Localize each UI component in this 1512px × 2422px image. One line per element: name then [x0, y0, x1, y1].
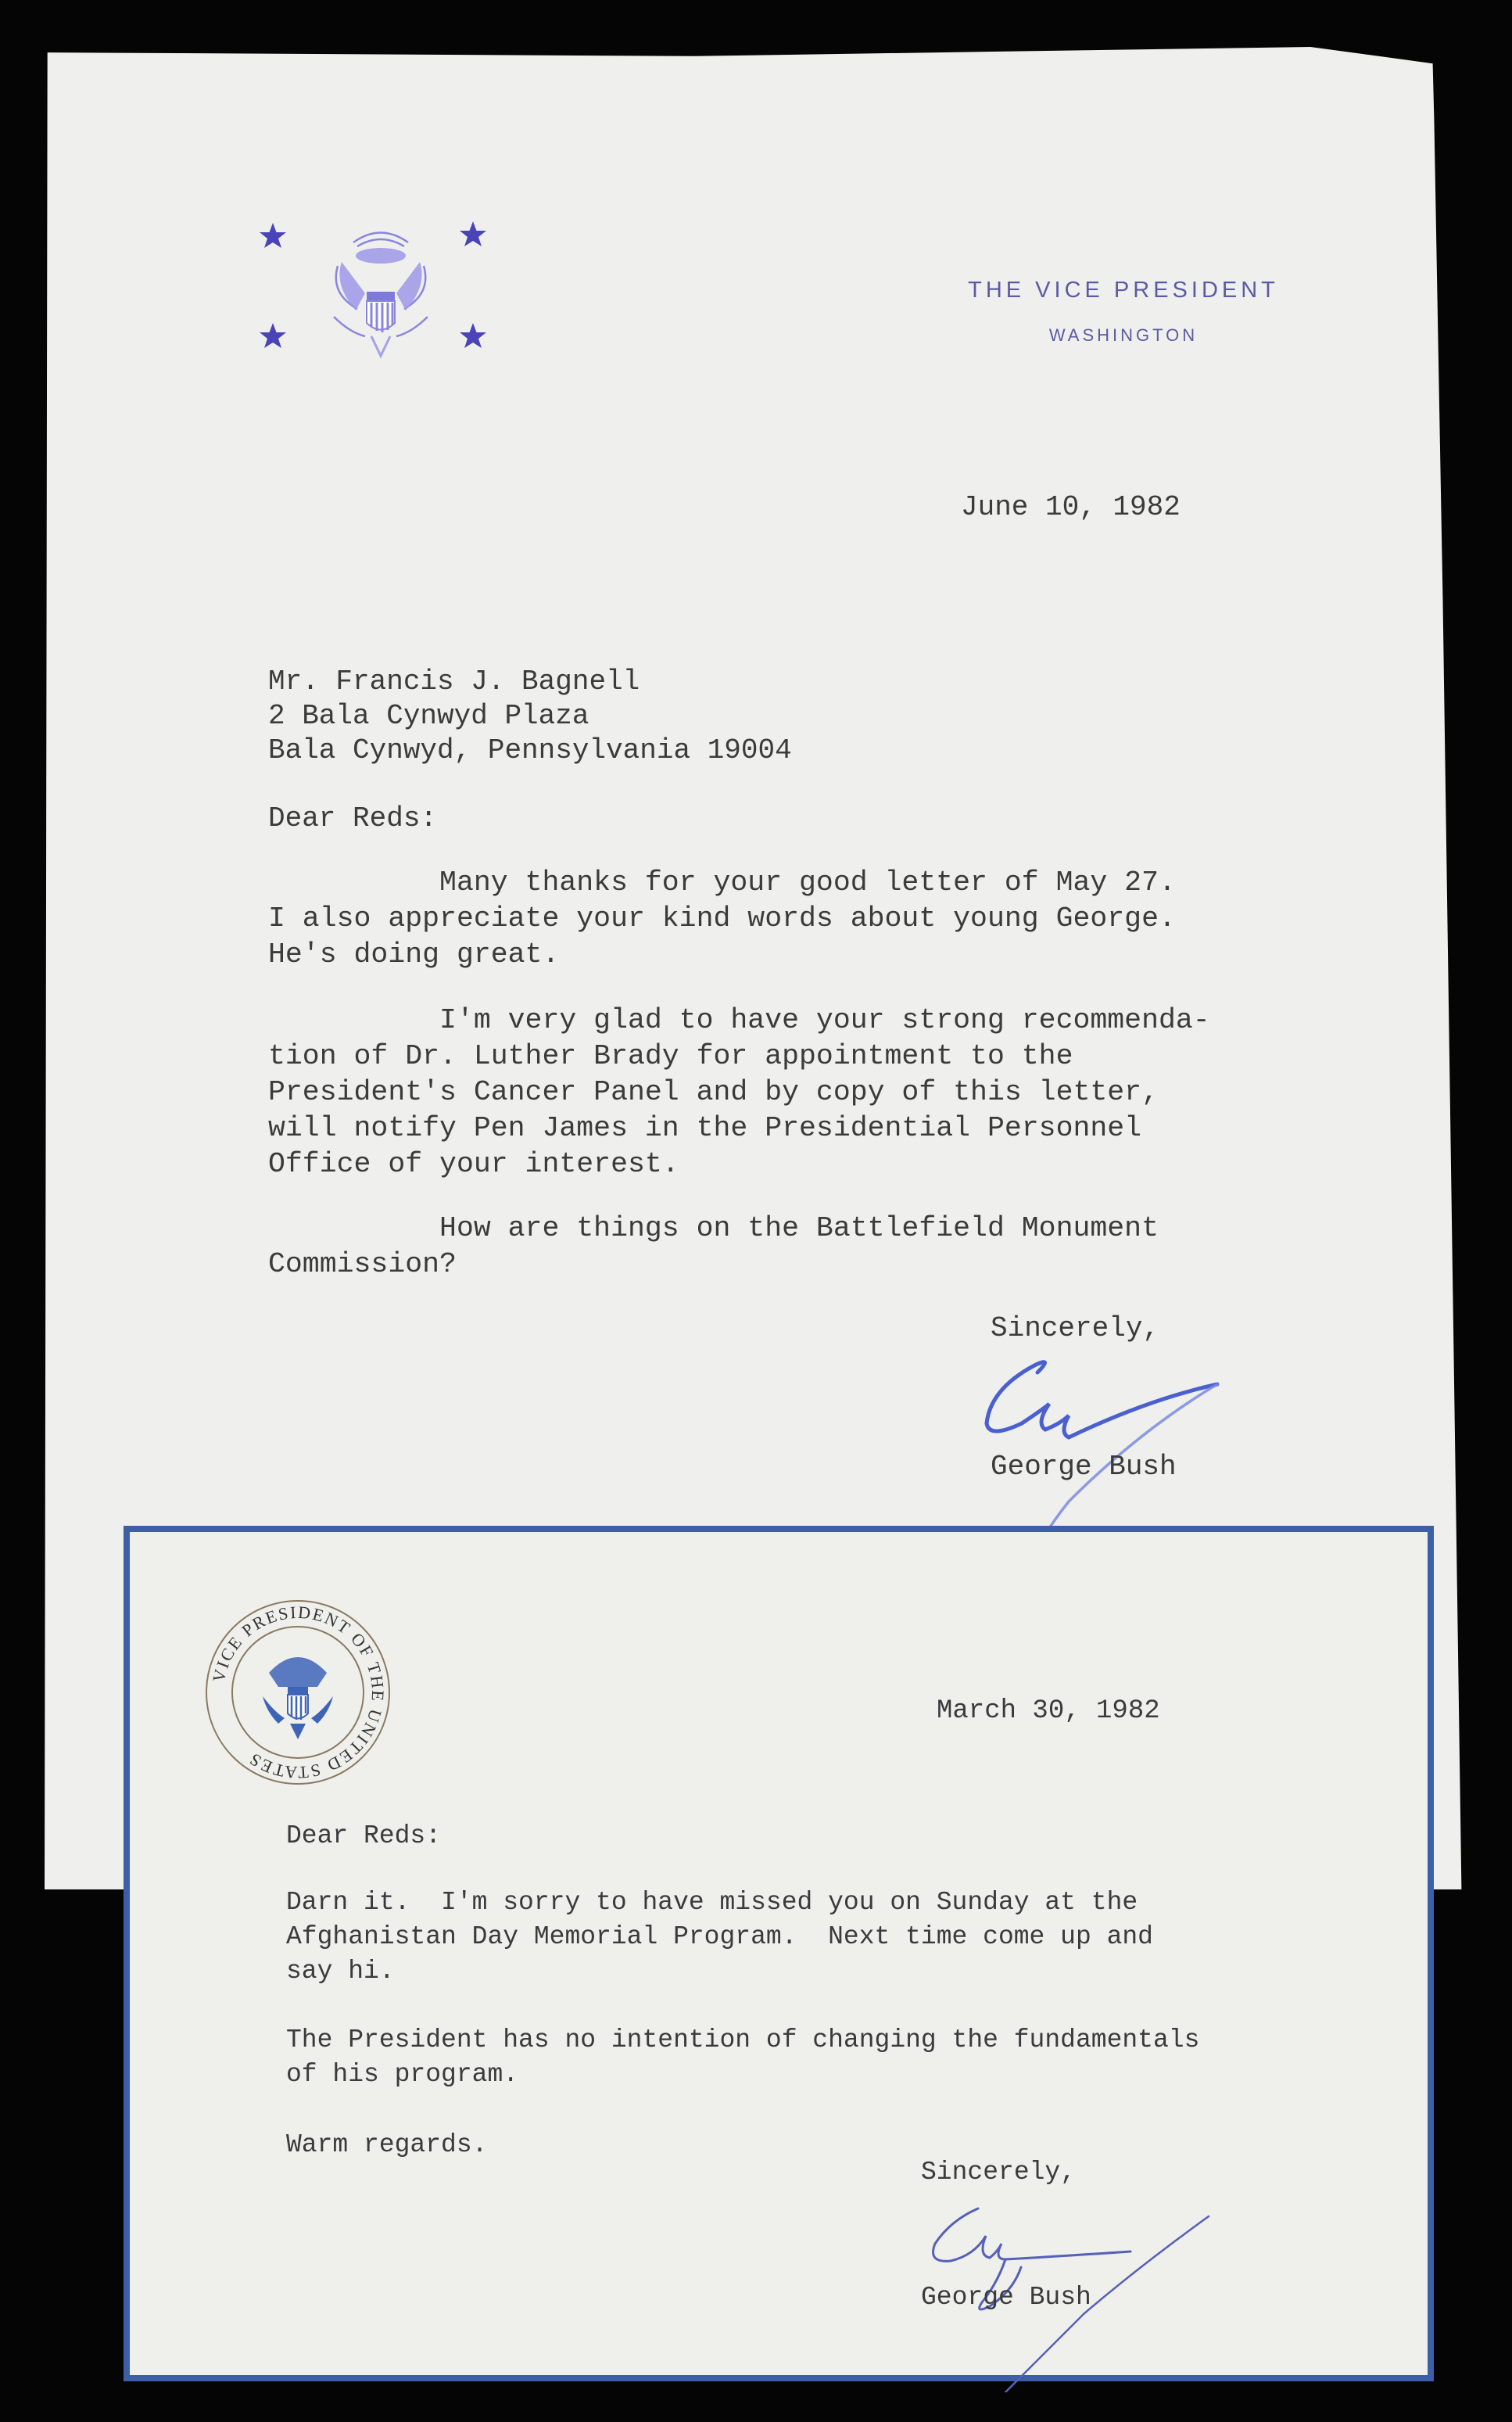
card-date: March 30, 1982: [937, 1696, 1160, 1726]
card-paragraph: Darn it. I'm sorry to have missed you on…: [286, 1886, 1153, 1989]
letter-date: June 10, 1982: [961, 491, 1181, 523]
vice-presidential-seal-icon: [256, 207, 506, 364]
recipient-name: Mr. Francis J. Bagnell: [268, 665, 792, 699]
card-paragraph: The President has no intention of changi…: [286, 2023, 1199, 2092]
card-greeting: Dear Reds:: [286, 1821, 441, 1850]
star-icon: [260, 323, 286, 348]
signature-name: George Bush: [991, 1451, 1177, 1483]
recipient-street: 2 Bala Cynwyd Plaza: [268, 699, 792, 734]
letter-greeting: Dear Reds:: [268, 802, 437, 834]
letter-paragraph: How are things on the Battlefield Monume…: [268, 1211, 1159, 1283]
star-icon: [460, 221, 486, 246]
letter-paragraph: Many thanks for your good letter of May …: [268, 865, 1176, 973]
star-icon: [260, 223, 286, 248]
star-icon: [460, 323, 486, 348]
recipient-address: Mr. Francis J. Bagnell2 Bala Cynwyd Plaz…: [268, 665, 792, 768]
letter-paragraph: I'm very glad to have your strong recomm…: [268, 1003, 1210, 1182]
card-closing: Sincerely,: [921, 2158, 1076, 2187]
letter-closing: Sincerely,: [991, 1312, 1159, 1344]
letterhead-subtitle: WASHINGTON: [920, 325, 1327, 346]
card-paragraph: Warm regards.: [286, 2128, 487, 2162]
recipient-city: Bala Cynwyd, Pennsylvania 19004: [268, 734, 792, 768]
letterhead-title: THE VICE PRESIDENT: [920, 278, 1327, 303]
vice-presidential-circular-seal-icon: VICE PRESIDENT OF THE UNITED STATES: [200, 1595, 396, 1790]
note-card: VICE PRESIDENT OF THE UNITED STATES Marc…: [124, 1526, 1434, 2381]
signature-name: George Bush: [921, 2283, 1091, 2312]
